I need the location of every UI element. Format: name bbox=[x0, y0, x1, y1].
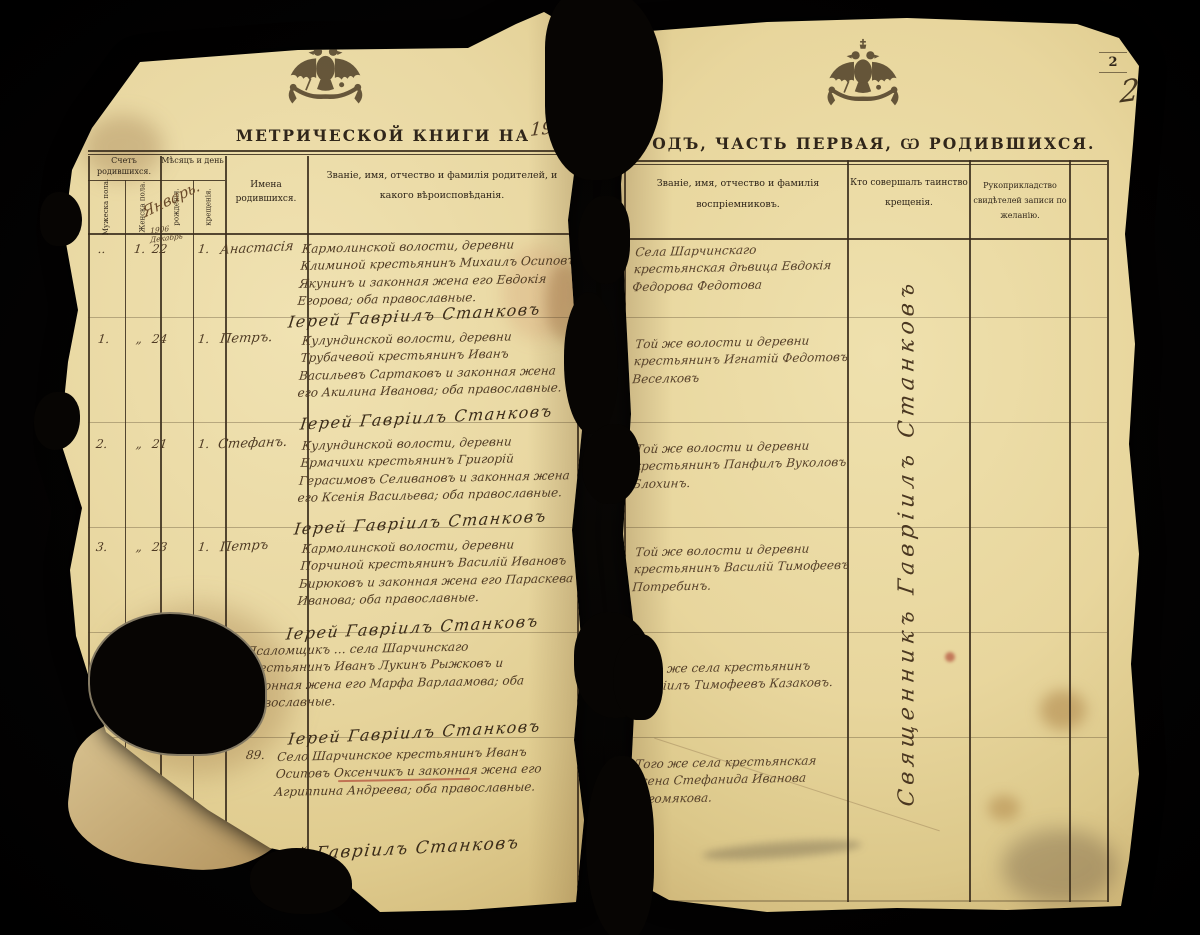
entry-male-count: 2. bbox=[95, 437, 108, 451]
entry-female-count: „ bbox=[135, 332, 143, 346]
header-officiant: Кто совершалъ таинство крещенія. bbox=[849, 174, 969, 214]
grid-line bbox=[624, 160, 1107, 162]
grid-line bbox=[88, 156, 90, 894]
entry-parents: Кулундинской волости, деревни Трубачевой… bbox=[297, 327, 579, 402]
right-page: 2 2 ГОДЪ, ЧАСТЬ ПЕРВАЯ, Ѡ РОДИВШИХСЯ. Зв… bbox=[607, 14, 1152, 914]
header-parents: Званіе, имя, отчество и фамилія родителе… bbox=[310, 166, 574, 206]
grid-line bbox=[225, 156, 227, 892]
entry-male-count: .. bbox=[97, 242, 106, 256]
entry-born-day: 22 bbox=[151, 242, 168, 256]
header-names: Имена родившихся. bbox=[227, 178, 305, 207]
grid-line bbox=[577, 156, 579, 896]
entry-name: Анастасія bbox=[219, 239, 294, 258]
entry-name: Петръ bbox=[219, 538, 269, 556]
rust-stain bbox=[988, 795, 1020, 821]
grid-line bbox=[88, 180, 160, 181]
entry-godparents: Той же волости и деревни крестьянинъ Игн… bbox=[632, 332, 853, 389]
entry-godparents: Того же села крестьянская жена Стефанида… bbox=[632, 752, 853, 809]
grid-line bbox=[1107, 160, 1109, 902]
spine-tear bbox=[578, 196, 630, 284]
page-number-handwritten: 2 bbox=[1119, 72, 1140, 110]
entry-parents: Кармолинской волости, деревни Порчиной к… bbox=[297, 535, 579, 610]
priest-signature: Іерей Гавріилъ Станковъ bbox=[293, 506, 548, 538]
smudge bbox=[1002, 829, 1117, 904]
smudge bbox=[702, 836, 863, 863]
book-title-right: ГОДЪ, ЧАСТЬ ПЕРВАЯ, Ѡ РОДИВШИХСЯ. bbox=[625, 134, 1110, 154]
entry-name: Петръ. bbox=[219, 330, 273, 347]
officiant-signature-vertical: Священникъ Гавріилъ Станковъ bbox=[842, 236, 972, 848]
grid-line bbox=[88, 154, 578, 155]
header-month-group: Мѣсяцъ и день bbox=[160, 156, 225, 167]
entry-baptized-day: 1. bbox=[197, 437, 210, 451]
entry-female-count: „ bbox=[135, 540, 143, 554]
spine-tear bbox=[586, 756, 654, 935]
entry-parents: Псаломщикъ … села Шарчинскаго крестьянин… bbox=[241, 637, 551, 713]
rust-stain bbox=[1040, 690, 1086, 730]
metrical-book-scan: МЕТРИЧЕСКОЙ КНИГИ НА 190 Счетъ родившихс… bbox=[0, 0, 1200, 935]
entry-female-count: „ bbox=[135, 437, 143, 451]
right-page-paper: 2 2 ГОДЪ, ЧАСТЬ ПЕРВАЯ, Ѡ РОДИВШИХСЯ. Зв… bbox=[607, 14, 1152, 914]
entry-name: Стефанъ. bbox=[217, 435, 288, 452]
entry-parents: Кулундинской волости, деревни Ермачихи к… bbox=[297, 432, 579, 507]
entry-baptized-day: 1. bbox=[197, 332, 210, 346]
grid-line bbox=[88, 150, 578, 152]
grid-line bbox=[160, 156, 162, 892]
entry-baptized-day: 1. bbox=[197, 242, 210, 256]
grid-line bbox=[193, 180, 194, 892]
entry-godparents: Той же волости и деревни крестьянинъ Пан… bbox=[632, 437, 853, 494]
imperial-eagle-emblem bbox=[822, 32, 904, 118]
grid-line bbox=[125, 180, 126, 892]
header-witnesses: Рукоприкладство свидѣтелей записи по жел… bbox=[973, 178, 1067, 224]
imperial-eagle-emblem bbox=[283, 28, 368, 116]
header-male-count: Мужеска пола. bbox=[88, 182, 125, 232]
entry-born-day: 24 bbox=[151, 332, 168, 346]
edge-tear bbox=[613, 634, 663, 720]
entry-male-count: 1. bbox=[97, 332, 110, 346]
entry-born-day: 23 bbox=[151, 540, 168, 554]
entry-male-count: 3. bbox=[95, 540, 108, 554]
header-count-group: Счетъ родившихся. bbox=[88, 156, 160, 178]
left-page: МЕТРИЧЕСКОЙ КНИГИ НА 190 Счетъ родившихс… bbox=[48, 10, 606, 912]
page-number-printed: 2 bbox=[1099, 52, 1127, 73]
grid-line bbox=[624, 164, 1107, 165]
entry-born-day: 21 bbox=[151, 437, 168, 451]
entry-godparents: Села Шарчинскаго крестьянская дѣвица Евд… bbox=[632, 240, 853, 297]
book-title-left: МЕТРИЧЕСКОЙ КНИГИ НА bbox=[233, 126, 533, 145]
entry-margin-note: 89. bbox=[245, 748, 266, 762]
entry-godparents: Той же волости и деревни крестьянинъ Вас… bbox=[632, 540, 853, 597]
entry-female-count: 1. bbox=[133, 242, 146, 256]
row-line bbox=[624, 900, 1107, 902]
entry-baptized-day: 1. bbox=[197, 540, 210, 554]
entry-godparents: Того же села крестьянинъ Гавріилъ Тимофе… bbox=[632, 657, 851, 696]
entry-parents: Село Шарчинское крестьянинъ Иванъ Осипов… bbox=[274, 743, 569, 801]
left-page-paper: МЕТРИЧЕСКОЙ КНИГИ НА 190 Счетъ родившихс… bbox=[48, 10, 606, 912]
spine-tear bbox=[582, 424, 640, 504]
edge-tear bbox=[40, 192, 82, 246]
grid-line bbox=[1069, 160, 1071, 902]
header-godparents: Званіе, имя, отчество и фамилія воспріем… bbox=[632, 174, 844, 216]
priest-signature: Іерей Гавріилъ Станковъ bbox=[299, 401, 554, 433]
